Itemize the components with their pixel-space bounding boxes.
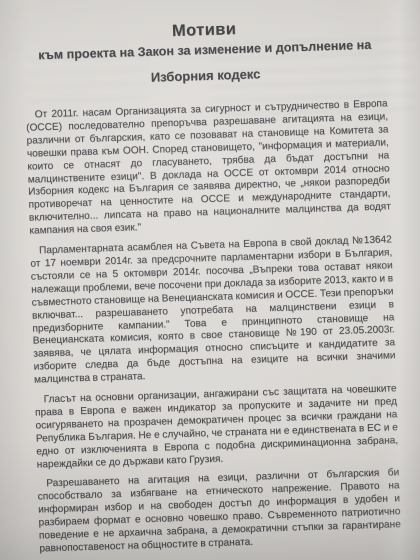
document-photo: Мотиви към проекта на Закон за изменение… (0, 0, 420, 560)
document-subtitle-line2: Изборния кодекс (24, 62, 386, 88)
paragraph-4: Разрешаването на агитация на езици, разл… (37, 468, 401, 557)
paragraph-1: От 2011г. насам Организацията за сигурно… (26, 98, 392, 238)
paragraph-2: Парламентарната асамблея на Съвета на Ев… (30, 234, 396, 387)
document-page: Мотиви към проекта на Закон за изменение… (0, 0, 420, 560)
document-body: От 2011г. насам Организацията за сигурно… (26, 98, 402, 556)
paragraph-3: Гласът на основни организации, ангажиран… (35, 383, 399, 472)
